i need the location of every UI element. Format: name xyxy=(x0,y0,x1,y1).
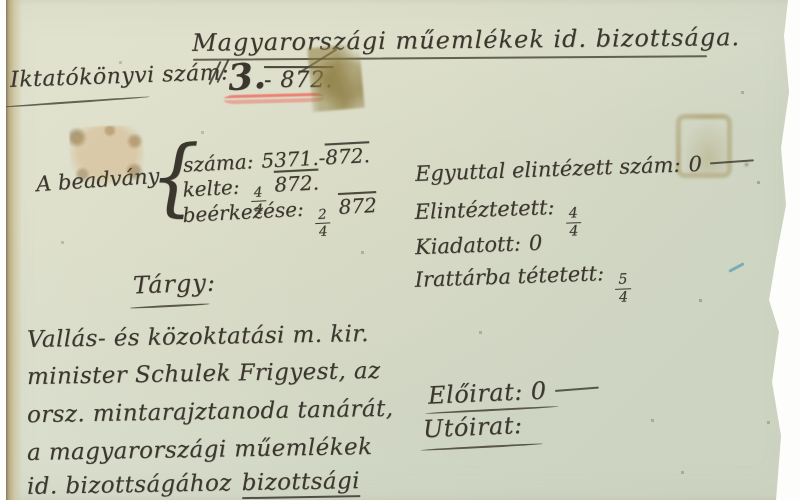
field-value-year: 872. xyxy=(325,143,371,169)
teal-pen-mark xyxy=(728,262,744,273)
disposition-row: Irattárba tétetett:54 xyxy=(414,260,634,313)
paper-specks xyxy=(0,0,1,1)
paper-sheet: Magyarországi műemlékek id. bizottsága. … xyxy=(0,0,800,500)
field-value: 0 xyxy=(530,377,547,406)
field-value-year: 872. xyxy=(274,170,320,196)
disposition-row: Egyuttal elintézett szám:0 xyxy=(415,150,755,186)
subject-text-prefix: id. bizottságához xyxy=(27,470,232,500)
scanned-document: Magyarországi műemlékek id. bizottsága. … xyxy=(0,0,800,500)
submission-label: A beadvány xyxy=(35,164,160,197)
field-label: Utóirat: xyxy=(422,411,523,443)
subject-text-underlined: bizottsági xyxy=(242,468,361,499)
red-crayon-underline xyxy=(224,91,324,107)
field-label: Egyuttal elintézett szám: xyxy=(415,153,681,186)
date-fraction: 24 xyxy=(315,207,331,239)
field-label: Előirat: xyxy=(427,378,523,410)
pen-dash xyxy=(710,159,754,164)
pen-dash xyxy=(555,387,599,392)
field-label: kelte: xyxy=(182,175,240,202)
date-fraction: 44 xyxy=(565,206,581,239)
field-value: 0 xyxy=(688,152,702,176)
field-value: 0 xyxy=(528,231,542,255)
subject-text-line: orsz. mintarajztanoda tanárát, xyxy=(27,396,394,428)
field-label: száma: xyxy=(183,149,255,177)
disposition-row: Kiadatott:0 xyxy=(415,231,543,259)
faded-stamp-icon xyxy=(307,44,364,112)
subject-text-line: a magyarországi műemlékek xyxy=(27,434,373,466)
subject-underline xyxy=(130,303,210,309)
date-fraction: 54 xyxy=(615,272,631,305)
subject-label: Tárgy: xyxy=(133,269,217,300)
subject-text-line: Vallás- és közoktatási m. kir. xyxy=(27,321,369,353)
subject-text-line: minister Schulek Frigyest, az xyxy=(27,358,381,390)
page-title: Magyarországi műemlékek id. bizottsága. xyxy=(192,23,740,57)
field-value-year: 872 xyxy=(338,193,377,219)
field-label: Kiadatott: xyxy=(415,232,522,260)
utoirat-row: Utóirat: xyxy=(422,411,531,444)
field-label: Elintéztetett: xyxy=(414,195,555,224)
submission-row-arrival: beérkezése:24 872 xyxy=(182,193,378,247)
subject-text-line: id. bizottságáhozbizottsági xyxy=(27,468,360,500)
eloirat-row: Előirat:0 xyxy=(427,374,599,409)
field-value: 5371.- xyxy=(261,145,326,172)
utoirat-underline xyxy=(421,443,543,451)
registry-label: Iktatókönyvi szám: xyxy=(10,60,230,93)
field-label: Irattárba tétetett: xyxy=(414,261,604,292)
field-label: beérkezése: xyxy=(182,197,304,227)
registry-underline xyxy=(0,96,150,108)
